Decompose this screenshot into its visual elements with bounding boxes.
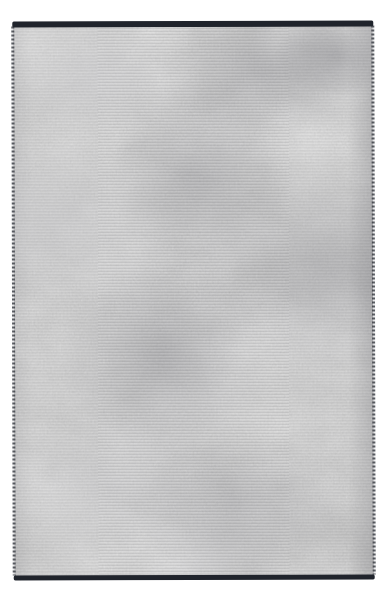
top-binding	[12, 21, 373, 28]
bottom-binding	[14, 575, 375, 581]
right-stitched-edge	[371, 26, 375, 575]
rug	[13, 22, 373, 580]
rug-weave-lines	[13, 22, 373, 580]
product-photo	[0, 0, 387, 600]
